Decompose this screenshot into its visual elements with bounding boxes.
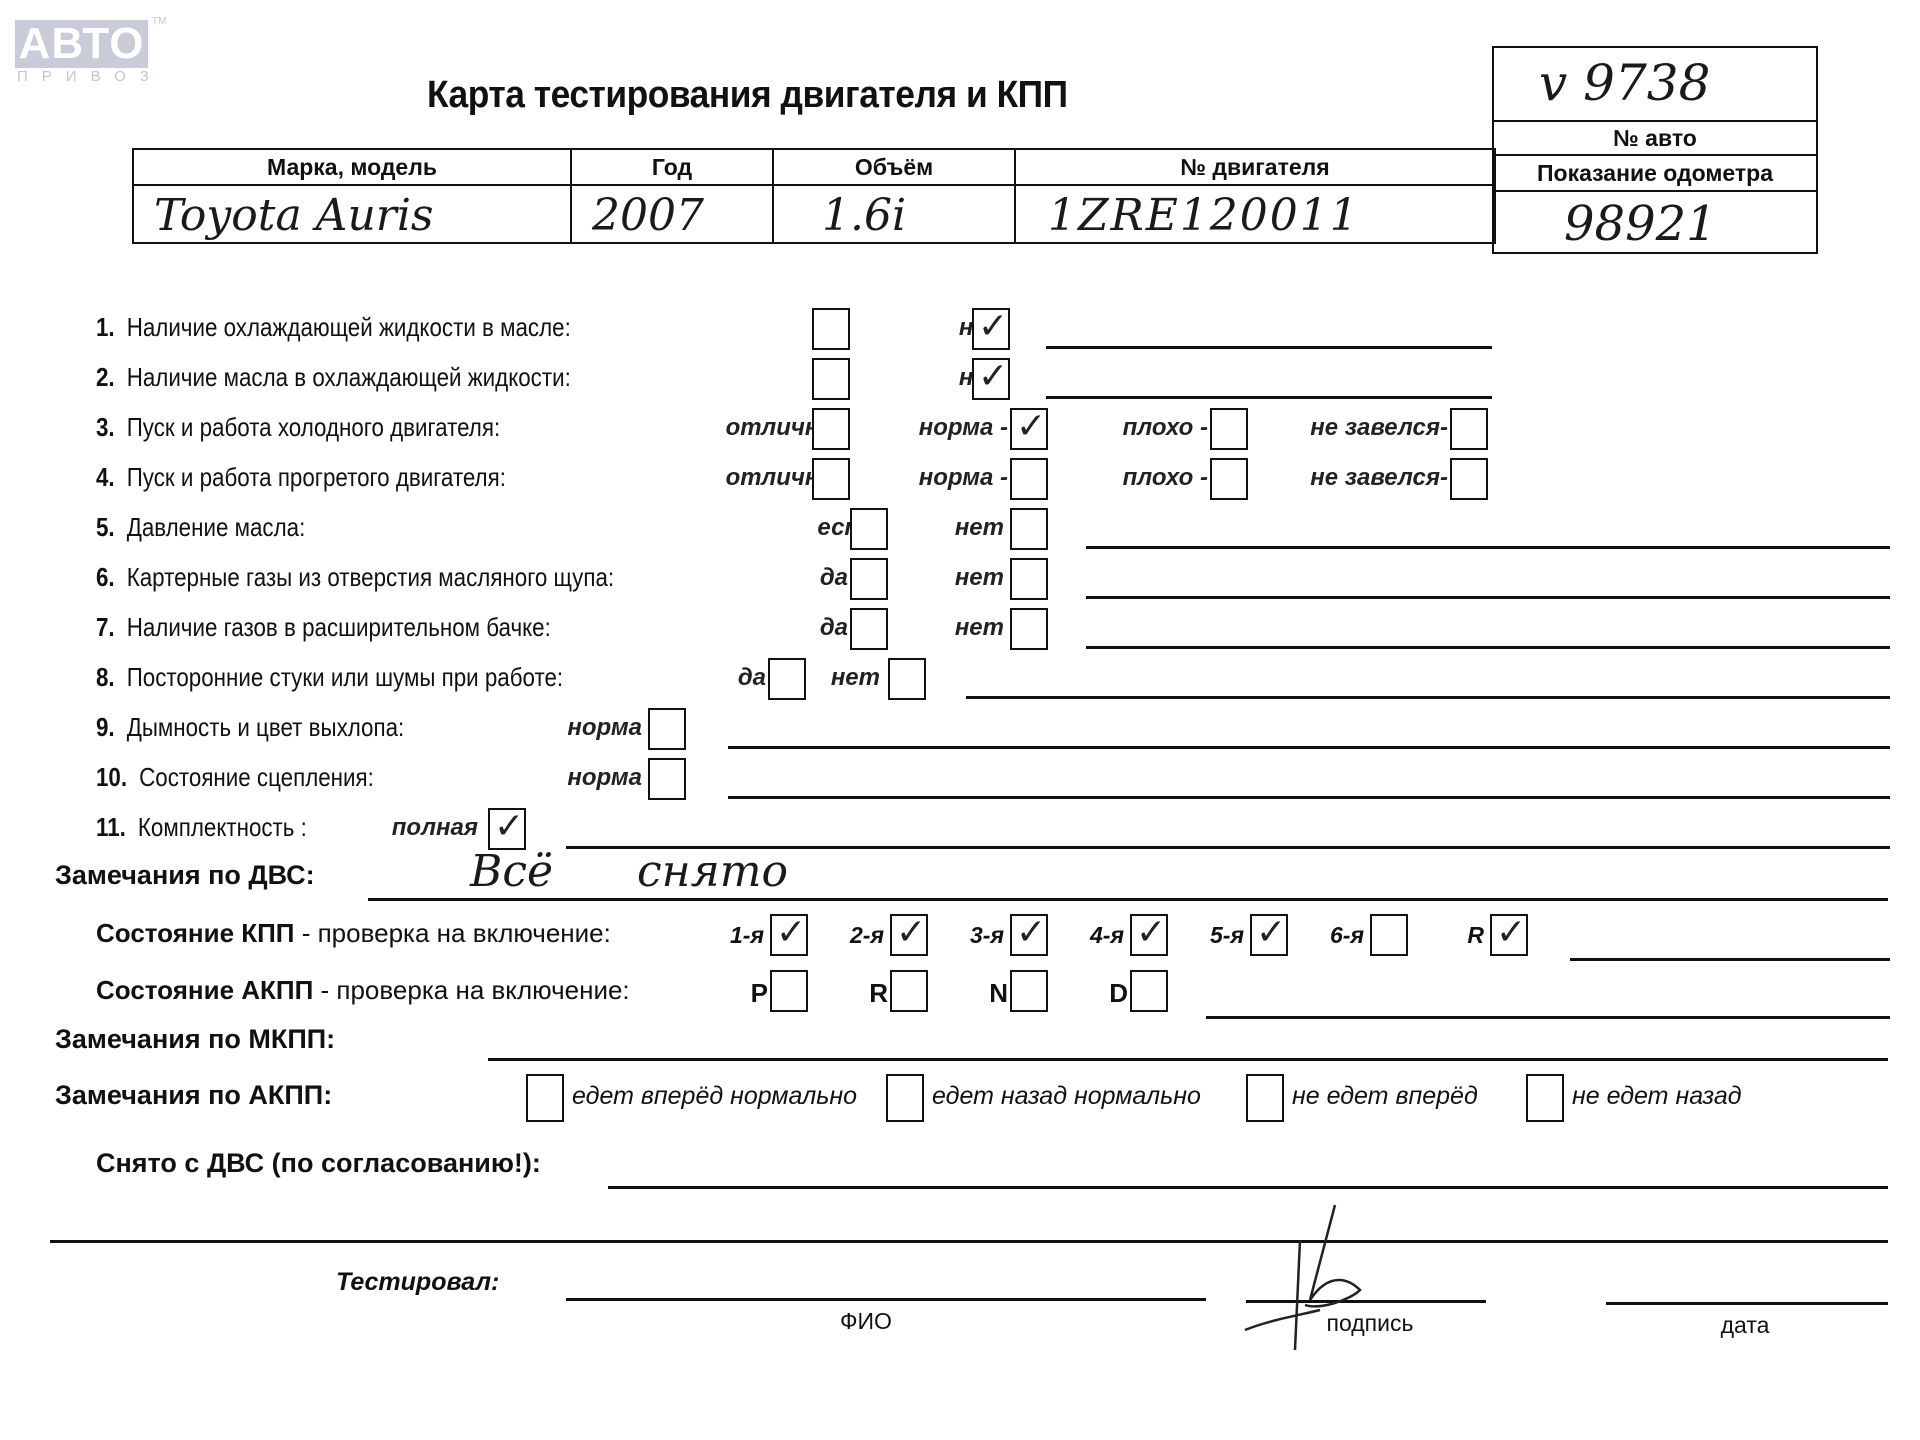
volume-column: Объём 1.6i [774,150,1016,242]
akpp-remark-checkbox[interactable] [886,1074,924,1122]
date-line[interactable] [1606,1302,1888,1305]
checklist-option-label: норма - [919,464,1008,492]
akpp-remark-checkbox[interactable] [1246,1074,1284,1122]
checkbox[interactable] [850,508,888,550]
checklist-item-text: 11.Комплектность : [96,812,307,843]
manual-gearbox-label: Состояние КПП - проверка на включение: [96,918,611,949]
gear-checkbox[interactable] [770,914,808,956]
checklist-option-label: норма [567,714,642,742]
trademark-mark: TM [152,16,166,27]
removed-line-2[interactable] [50,1240,1888,1243]
manual-remarks-label: Замечания по МКПП: [55,1024,335,1055]
checklist-item-text: 2.Наличие масла в охлаждающей жидкости: [96,362,571,393]
engine-remarks-label: Замечания по ДВС: [55,860,315,891]
checkbox[interactable] [850,608,888,650]
auto-gearbox-label: Состояние АКПП - проверка на включение: [96,975,630,1006]
akpp-position-checkbox[interactable] [890,970,928,1012]
checklist-item-text: 10.Состояние сцепления: [96,762,374,793]
checklist-item-text: 5.Давление масла: [96,512,305,543]
fio-line[interactable] [566,1298,1206,1301]
checkbox[interactable] [1210,458,1248,500]
checklist-notes-line[interactable] [728,746,1890,749]
checklist-item-text: 4.Пуск и работа прогретого двигателя: [96,462,506,493]
make-model-label: Марка, модель [134,150,570,186]
checklist-option-label: да [820,614,848,642]
akpp-position-checkbox[interactable] [1010,970,1048,1012]
checklist-option-label: не завелся- [1310,414,1448,442]
checkbox[interactable] [488,808,526,850]
akpp-position-label: R [869,978,888,1009]
checkbox[interactable] [850,558,888,600]
page-title: Карта тестирования двигателя и КПП [427,74,1068,117]
gear-checkbox[interactable] [1250,914,1288,956]
checklist-option-label: норма [567,764,642,792]
checklist-item-text: 1.Наличие охлаждающей жидкости в масле: [96,312,571,343]
checklist-option-label: да [820,564,848,592]
checklist-option-label: плохо - [1123,414,1208,442]
checklist-notes-line[interactable] [1086,646,1890,649]
signature-scribble-icon [1240,1200,1390,1360]
auto-remarks-label: Замечания по АКПП: [55,1080,332,1111]
auto-number-label: № авто [1494,122,1816,156]
akpp-position-label: D [1109,978,1128,1009]
checklist-item-text: 8.Посторонние стуки или шумы при работе: [96,662,563,693]
year-label: Год [572,150,772,186]
checklist-notes-line[interactable] [1086,546,1890,549]
engine-remarks-line[interactable] [368,898,1888,901]
engine-number-value[interactable]: 1ZRE120011 [1016,186,1494,242]
checkbox[interactable] [1010,558,1048,600]
gear-label: 1-я [730,922,764,949]
make-model-column: Марка, модель Toyota Auris [134,150,572,242]
checklist-option-label: нет [955,514,1004,542]
gear-label: 6-я [1330,922,1364,949]
brand-logo: АВТО [15,20,148,68]
checklist-notes-line[interactable] [1046,346,1492,349]
checklist-option-label: полная [392,814,478,842]
checklist-option-label: да [738,664,766,692]
checklist-notes-line[interactable] [1086,596,1890,599]
checklist-option-label: нет [831,664,880,692]
manual-gearbox-line[interactable] [1570,958,1890,961]
checklist-option-label: не завелся- [1310,464,1448,492]
odometer-value: 98921 [1564,196,1717,252]
checkbox[interactable] [1010,608,1048,650]
engine-number-column: № двигателя 1ZRE120011 [1016,150,1496,242]
gear-label: 4-я [1090,922,1124,949]
gear-label: 3-я [970,922,1004,949]
checkbox[interactable] [812,308,850,350]
auto-number-field[interactable]: v 9738 [1494,48,1816,122]
year-value[interactable]: 2007 [572,186,772,242]
checklist-item-text: 9.Дымность и цвет выхлопа: [96,712,404,743]
fio-label: ФИО [566,1308,1166,1335]
volume-label: Объём [774,150,1014,186]
checkbox[interactable] [812,358,850,400]
akpp-remark-label: не едет назад [1572,1082,1742,1111]
engine-number-label: № двигателя [1016,150,1494,186]
checklist-item-text: 3.Пуск и работа холодного двигателя: [96,412,500,443]
checkbox[interactable] [1450,408,1488,450]
gear-label: R [1467,922,1484,949]
checkbox[interactable] [648,708,686,750]
checkbox[interactable] [768,658,806,700]
akpp-remark-label: едет назад нормально [932,1082,1201,1111]
checklist-notes-line[interactable] [966,696,1890,699]
checklist-item-text: 7.Наличие газов в расширительном бачке: [96,612,551,643]
vehicle-info-table: Марка, модель Toyota Auris Год 2007 Объё… [132,148,1496,244]
auto-odometer-box: v 9738 № авто Показание одометра 98921 [1492,46,1818,254]
engine-remarks-value: Всё снято [470,846,788,897]
akpp-remark-label: не едет вперёд [1292,1082,1478,1111]
checklist-notes-line[interactable] [1046,396,1492,399]
removed-label: Снято с ДВС (по согласованию!): [96,1148,541,1179]
gear-label: 5-я [1210,922,1244,949]
akpp-position-label: P [751,978,768,1009]
odometer-label: Показание одометра [1494,156,1816,192]
akpp-remark-checkbox[interactable] [1526,1074,1564,1122]
gear-checkbox[interactable] [1010,914,1048,956]
gear-checkbox[interactable] [890,914,928,956]
checkbox[interactable] [1010,408,1048,450]
akpp-remark-label: едет вперёд нормально [572,1082,857,1111]
akpp-remark-checkbox[interactable] [526,1074,564,1122]
checkbox[interactable] [972,358,1010,400]
checkbox[interactable] [972,308,1010,350]
akpp-position-checkbox[interactable] [1130,970,1168,1012]
gear-checkbox[interactable] [1130,914,1168,956]
checkbox[interactable] [812,458,850,500]
akpp-position-checkbox[interactable] [770,970,808,1012]
tested-by-label: Тестировал: [336,1268,499,1297]
checkbox[interactable] [648,758,686,800]
checklist-notes-line[interactable] [728,796,1890,799]
checkbox[interactable] [812,408,850,450]
volume-value[interactable]: 1.6i [774,186,1014,242]
make-model-value[interactable]: Toyota Auris [134,186,570,242]
gear-checkbox[interactable] [1370,914,1408,956]
year-column: Год 2007 [572,150,774,242]
auto-gearbox-line[interactable] [1206,1016,1890,1019]
auto-number-value: v 9738 [1539,54,1710,112]
checkbox[interactable] [1210,408,1248,450]
checkbox[interactable] [1010,508,1048,550]
checklist-option-label: нет [955,614,1004,642]
manual-remarks-line[interactable] [488,1058,1888,1061]
akpp-position-label: N [989,978,1008,1009]
gear-label: 2-я [850,922,884,949]
date-label: дата [1670,1312,1820,1339]
gear-checkbox[interactable] [1490,914,1528,956]
checklist-option-label: нет [955,564,1004,592]
checklist-option-label: плохо - [1123,464,1208,492]
removed-line[interactable] [608,1186,1888,1189]
checkbox[interactable] [1010,458,1048,500]
checklist-item-text: 6.Картерные газы из отверстия масляного … [96,562,614,593]
checklist-option-label: норма - [919,414,1008,442]
odometer-field[interactable]: 98921 [1494,192,1816,252]
checkbox[interactable] [888,658,926,700]
checkbox[interactable] [1450,458,1488,500]
brand-logo-subtitle: ПРИВОЗ [17,68,150,85]
